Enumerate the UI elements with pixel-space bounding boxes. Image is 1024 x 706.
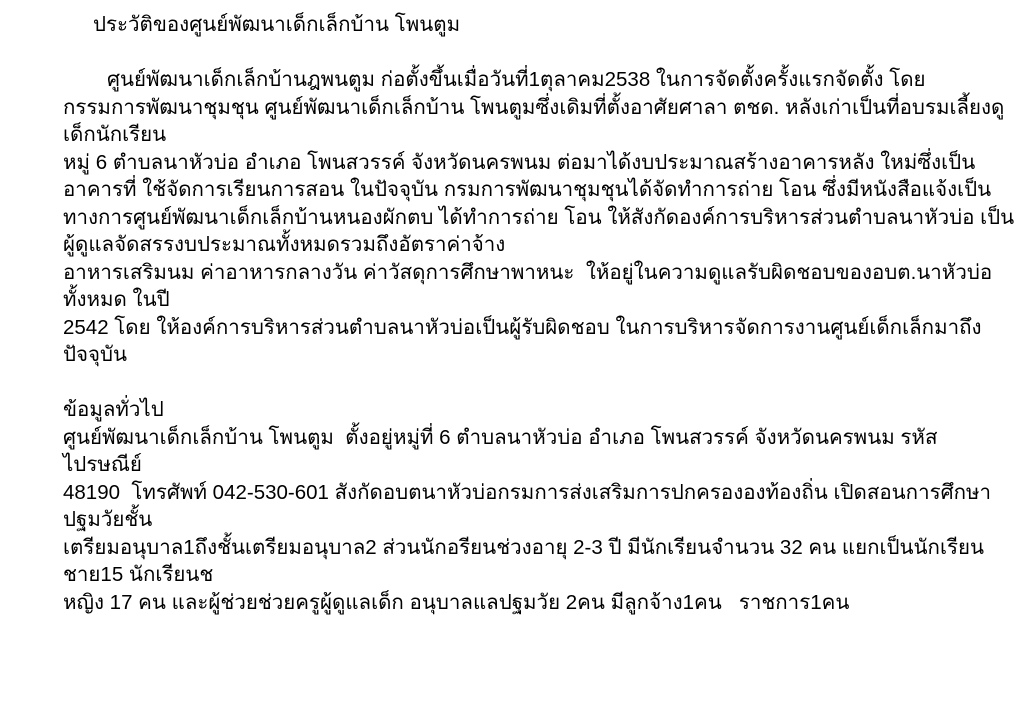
text-line: เตรียมอนุบาล1ถึงชั้นเตรียมอนุบาล2 ส่วนนั… xyxy=(63,534,984,562)
history-paragraph: ศูนย์พัฒนาเด็กเล็กบ้านฎพนตูม ก่อตั้งขึ้น… xyxy=(63,66,984,369)
blank-line xyxy=(63,39,984,67)
text-line: 2542 โดย ให้องค์การบริหารส่วนตำบลนาหัวบ่… xyxy=(63,314,984,342)
general-info-section: ข้อมูลทั่วไป ศูนย์พัฒนาเด็กเล็กบ้าน โพนต… xyxy=(63,396,984,616)
text-line: ศูนย์พัฒนาเด็กเล็กบ้าน โพนตูม ตั้งอยู่หม… xyxy=(63,424,984,452)
blank-line xyxy=(63,369,984,397)
text-line: ปัจจุบัน xyxy=(63,341,984,369)
text-line: ศูนย์พัฒนาเด็กเล็กบ้านฎพนตูม ก่อตั้งขึ้น… xyxy=(63,66,984,94)
text-line: ผู้ดูแลจัดสรรงบประมาณทั้งหมดรวมถึงอัตราค… xyxy=(63,231,984,259)
text-line: ทางการศูนย์พัฒนาเด็กเล็กบ้านหนองผักตบ ได… xyxy=(63,204,984,232)
text-line: อาหารเสริมนม ค่าอาหารกลางวัน ค่าวัสดุการ… xyxy=(63,259,984,287)
text-line: อาคารที่ ใช้จัดการเรียนการสอน ในปัจจุบัน… xyxy=(63,176,984,204)
section-heading: ข้อมูลทั่วไป xyxy=(63,396,984,424)
document-page: ประวัติของศูนย์พัฒนาเด็กเล็กบ้าน โพนตูม … xyxy=(0,0,1024,706)
text-line: เด็กนักเรียน xyxy=(63,121,984,149)
document-title: ประวัติของศูนย์พัฒนาเด็กเล็กบ้าน โพนตูม xyxy=(93,11,984,39)
text-line: ทั้งหมด ในปี xyxy=(63,286,984,314)
text-line: 48190 โทรศัพท์ 042-530-601 สังกัดอบตนาหั… xyxy=(63,479,984,507)
document-content: ประวัติของศูนย์พัฒนาเด็กเล็กบ้าน โพนตูม … xyxy=(63,11,984,616)
text-line: หญิง 17 คน และผู้ช่วยช่วยครูผู้ดูแลเด็ก … xyxy=(63,589,984,617)
text-line: หมู่ 6 ตำบลนาหัวบ่อ อำเภอ โพนสวรรค์ จังห… xyxy=(63,149,984,177)
text-line: กรรมการพัฒนาชุมชุน ศูนย์พัฒนาเด็กเล็กบ้า… xyxy=(63,94,984,122)
text-line: ชาย15 นักเรียนช xyxy=(63,561,984,589)
text-line: ไปรษณีย์ xyxy=(63,451,984,479)
text-line: ปฐมวัยชั้น xyxy=(63,506,984,534)
